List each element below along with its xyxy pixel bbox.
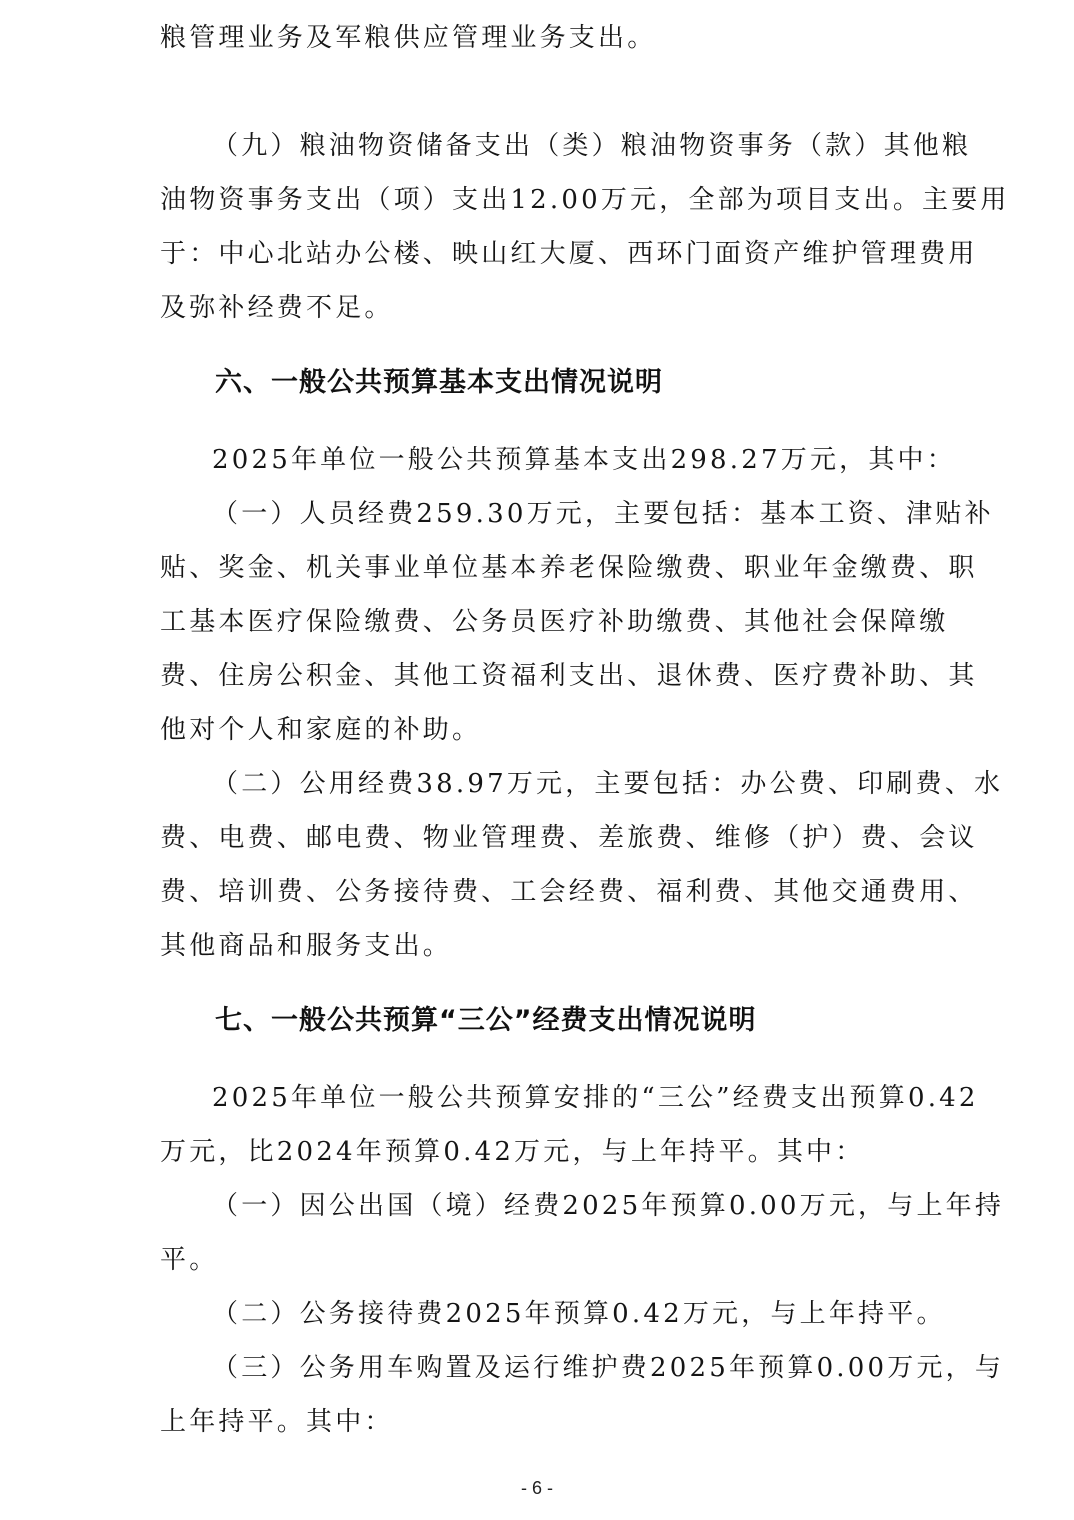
body-line: 费、培训费、公务接待费、工会经费、福利费、其他交通费用、 bbox=[160, 876, 978, 908]
body-line: 费、住房公积金、其他工资福利支出、退休费、医疗费补助、其 bbox=[160, 660, 978, 692]
section-heading-three-public-expenses: 七、一般公共预算“三公”经费支出情况说明 bbox=[215, 1004, 757, 1038]
body-line: 其他商品和服务支出。 bbox=[160, 930, 452, 962]
body-line: （一）因公出国（境）经费2025年预算0.00万元，与上年持 bbox=[212, 1190, 1004, 1222]
section-heading-basic-expenditure: 六、一般公共预算基本支出情况说明 bbox=[215, 366, 663, 400]
body-line: （三）公务用车购置及运行维护费2025年预算0.00万元，与 bbox=[212, 1352, 1004, 1384]
body-line: 贴、奖金、机关事业单位基本养老保险缴费、职业年金缴费、职 bbox=[160, 552, 978, 584]
body-line: （九）粮油物资储备支出（类）粮油物资事务（款）其他粮 bbox=[212, 130, 971, 162]
body-line: 油物资事务支出（项）支出12.00万元，全部为项目支出。主要用 bbox=[160, 184, 1010, 216]
body-line: 费、电费、邮电费、物业管理费、差旅费、维修（护）费、会议 bbox=[160, 822, 978, 854]
body-line: 他对个人和家庭的补助。 bbox=[160, 714, 481, 746]
body-line: 工基本医疗保险缴费、公务员医疗补助缴费、其他社会保障缴 bbox=[160, 606, 948, 638]
body-line: 上年持平。其中： bbox=[160, 1406, 394, 1438]
body-line: 2025年单位一般公共预算基本支出298.27万元，其中： bbox=[212, 444, 956, 476]
body-line: （二）公用经费38.97万元，主要包括：办公费、印刷费、水 bbox=[212, 768, 1003, 800]
body-line: 于：中心北站办公楼、映山红大厦、西环门面资产维护管理费用 bbox=[160, 238, 978, 270]
document-page: 粮管理业务及军粮供应管理业务支出。 （九）粮油物资储备支出（类）粮油物资事务（款… bbox=[0, 0, 1074, 1520]
body-line: 粮管理业务及军粮供应管理业务支出。 bbox=[160, 22, 656, 54]
body-line: 及弥补经费不足。 bbox=[160, 292, 394, 324]
body-line: （二）公务接待费2025年预算0.42万元，与上年持平。 bbox=[212, 1298, 946, 1330]
body-line: （一）人员经费259.30万元，主要包括：基本工资、津贴补 bbox=[212, 498, 994, 530]
body-line: 2025年单位一般公共预算安排的“三公”经费支出预算0.42 bbox=[212, 1082, 979, 1114]
body-line: 平。 bbox=[160, 1244, 218, 1276]
page-number: - 6 - bbox=[0, 1478, 1074, 1499]
body-line: 万元，比2024年预算0.42万元，与上年持平。其中： bbox=[160, 1136, 864, 1168]
